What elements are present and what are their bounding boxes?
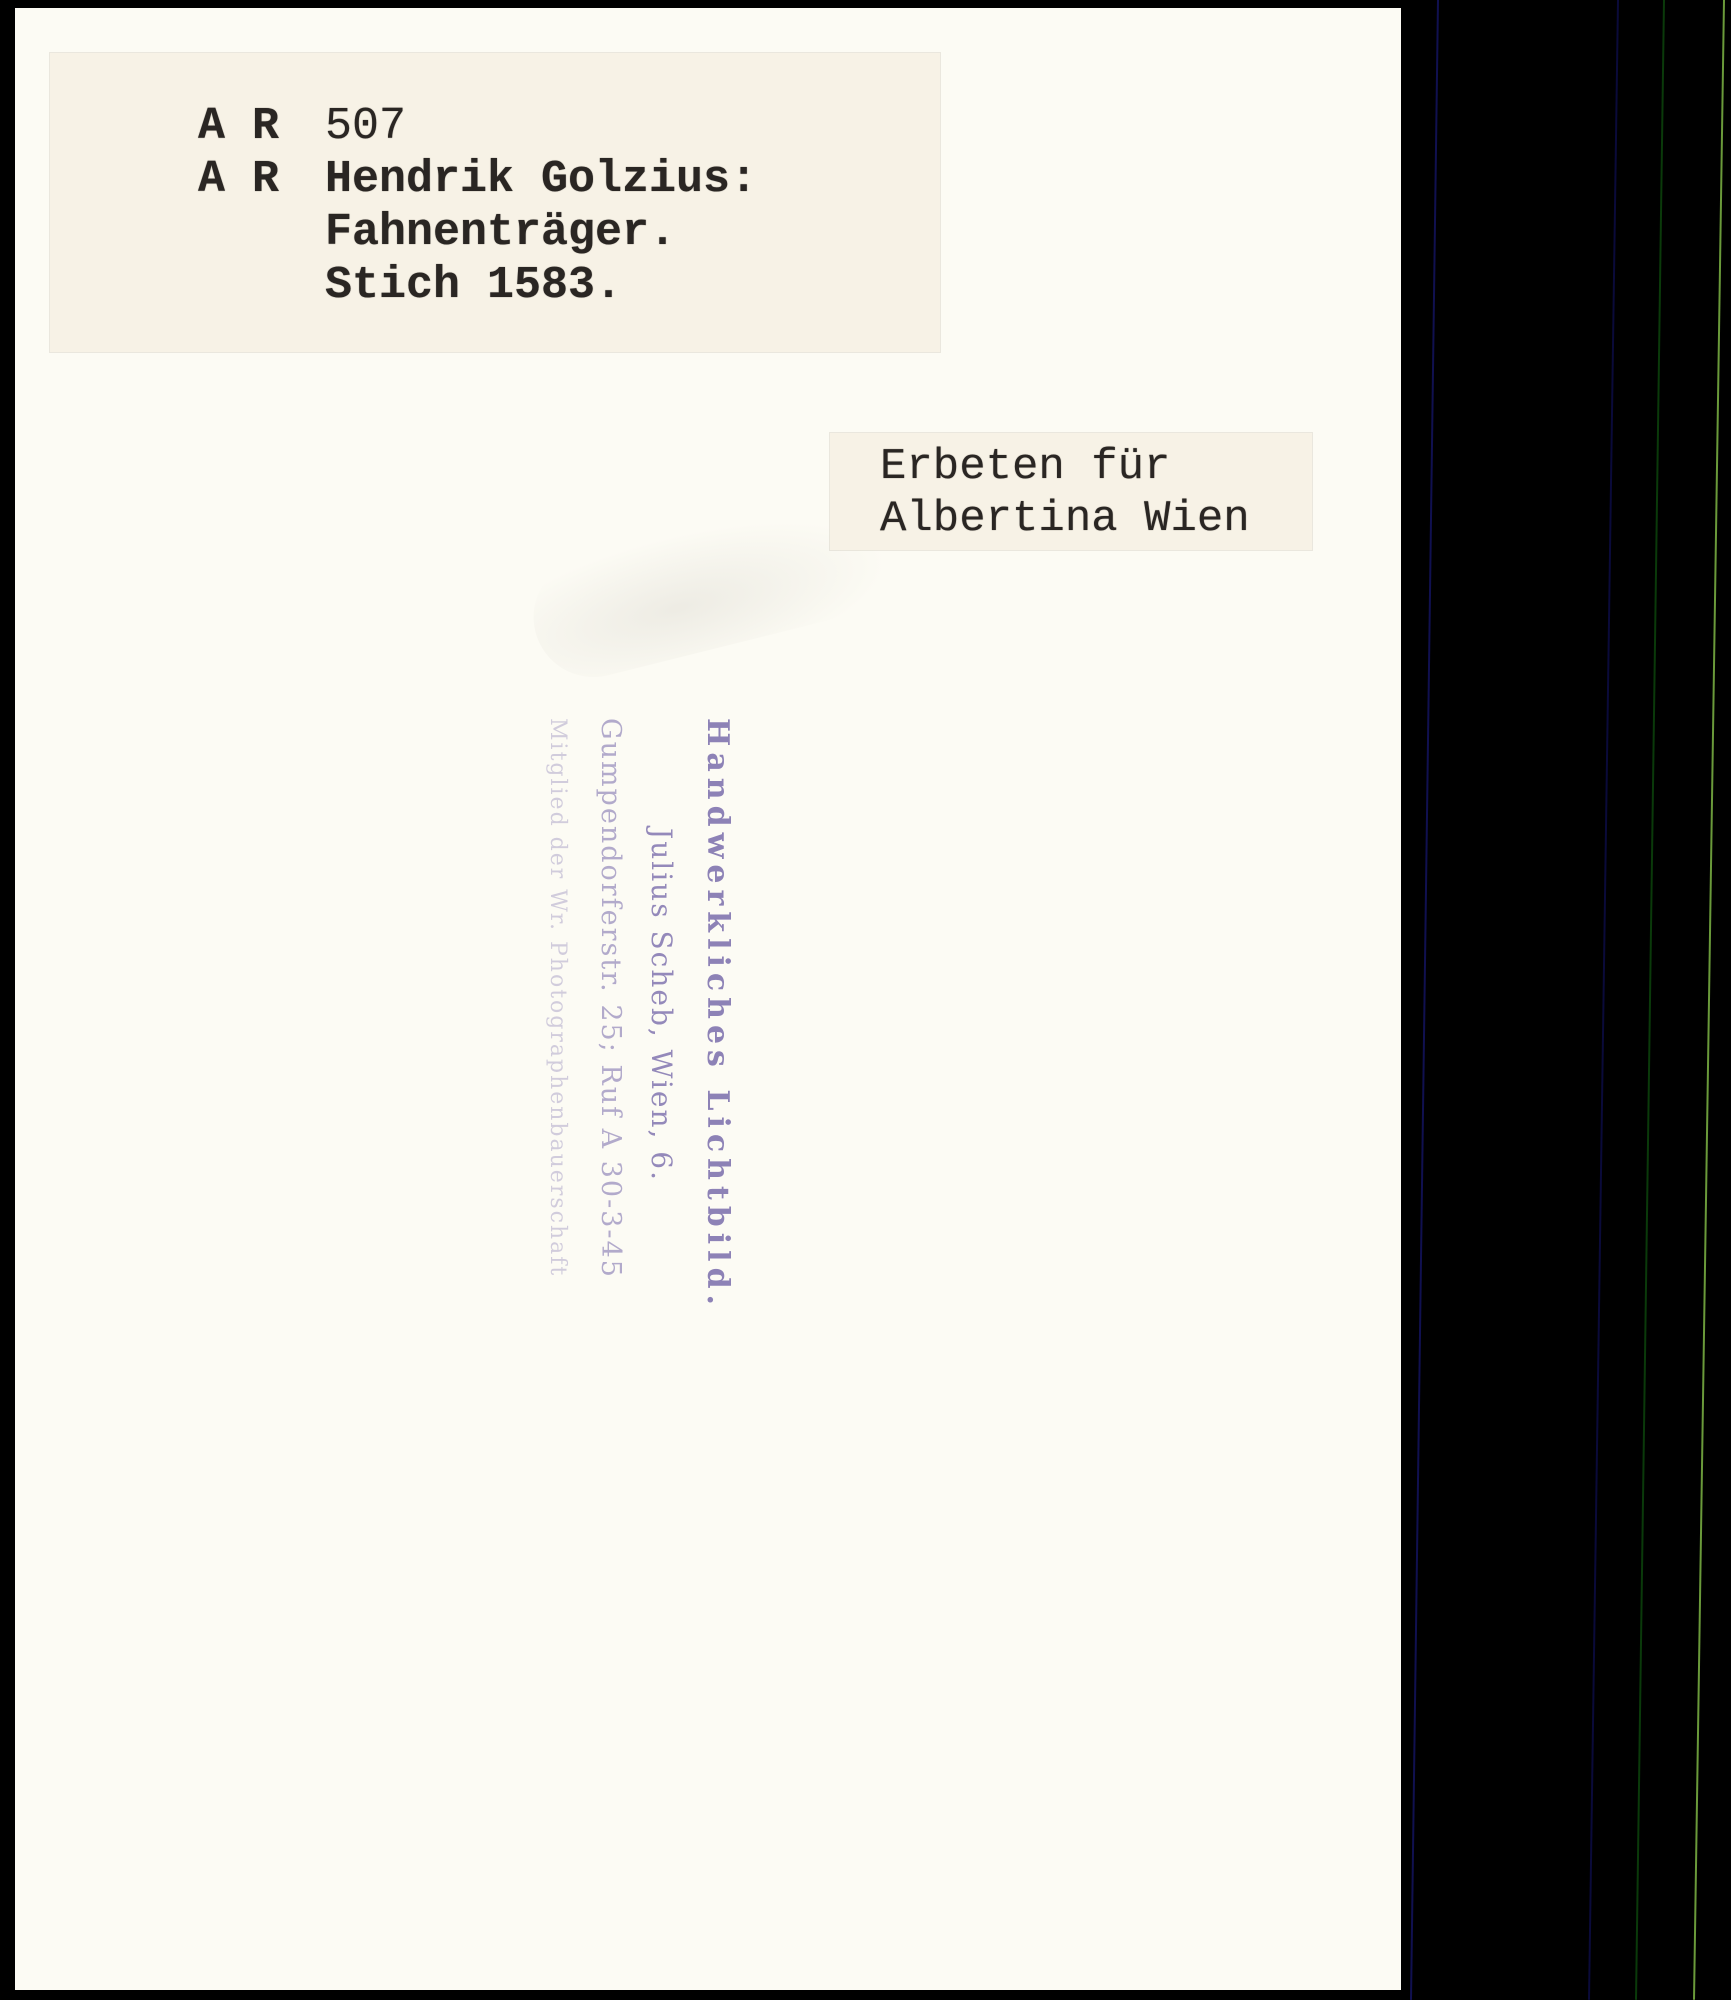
stamp-line-1: Handwerkliches Lichtbild. xyxy=(700,718,735,1311)
stamp-line-4: Mitglied der Wr. Photographenbauerschaft xyxy=(545,718,570,1277)
catalog-line-1: A R 507 xyxy=(198,100,406,153)
stamp-line-3: Gumpendorferstr. 25; Ruf A 30-3-45 xyxy=(595,718,626,1279)
catalog-line-4: Stich 1583. xyxy=(198,259,622,312)
request-line-2: Albertina Wien xyxy=(880,493,1250,545)
artwork-title: Fahnenträger. xyxy=(325,206,676,259)
artist-name: Hendrik Golzius: xyxy=(325,153,757,206)
artwork-medium-date: Stich 1583. xyxy=(325,259,622,312)
catalog-label: A R 507 A R Hendrik Golzius: Fahnenträge… xyxy=(50,53,940,352)
photographer-stamp: Handwerkliches Lichtbild. Julius Scheb, … xyxy=(505,718,745,1308)
edge-line xyxy=(1635,0,1665,2000)
catalog-prefix xyxy=(198,206,325,259)
catalog-line-2: A R Hendrik Golzius: xyxy=(198,153,757,206)
edge-line xyxy=(1410,0,1439,2000)
catalog-number: 507 xyxy=(325,100,406,153)
catalog-prefix: A R xyxy=(198,100,325,153)
request-label: Erbeten für Albertina Wien xyxy=(830,433,1312,550)
catalog-line-3: Fahnenträger. xyxy=(198,206,676,259)
stamp-line-2: Julius Scheb, Wien, 6. xyxy=(645,828,678,1182)
edge-line xyxy=(1588,0,1619,2000)
catalog-prefix: A R xyxy=(198,153,325,206)
request-line-1: Erbeten für xyxy=(880,441,1170,493)
catalog-prefix xyxy=(198,259,325,312)
edge-line xyxy=(1693,0,1725,2000)
